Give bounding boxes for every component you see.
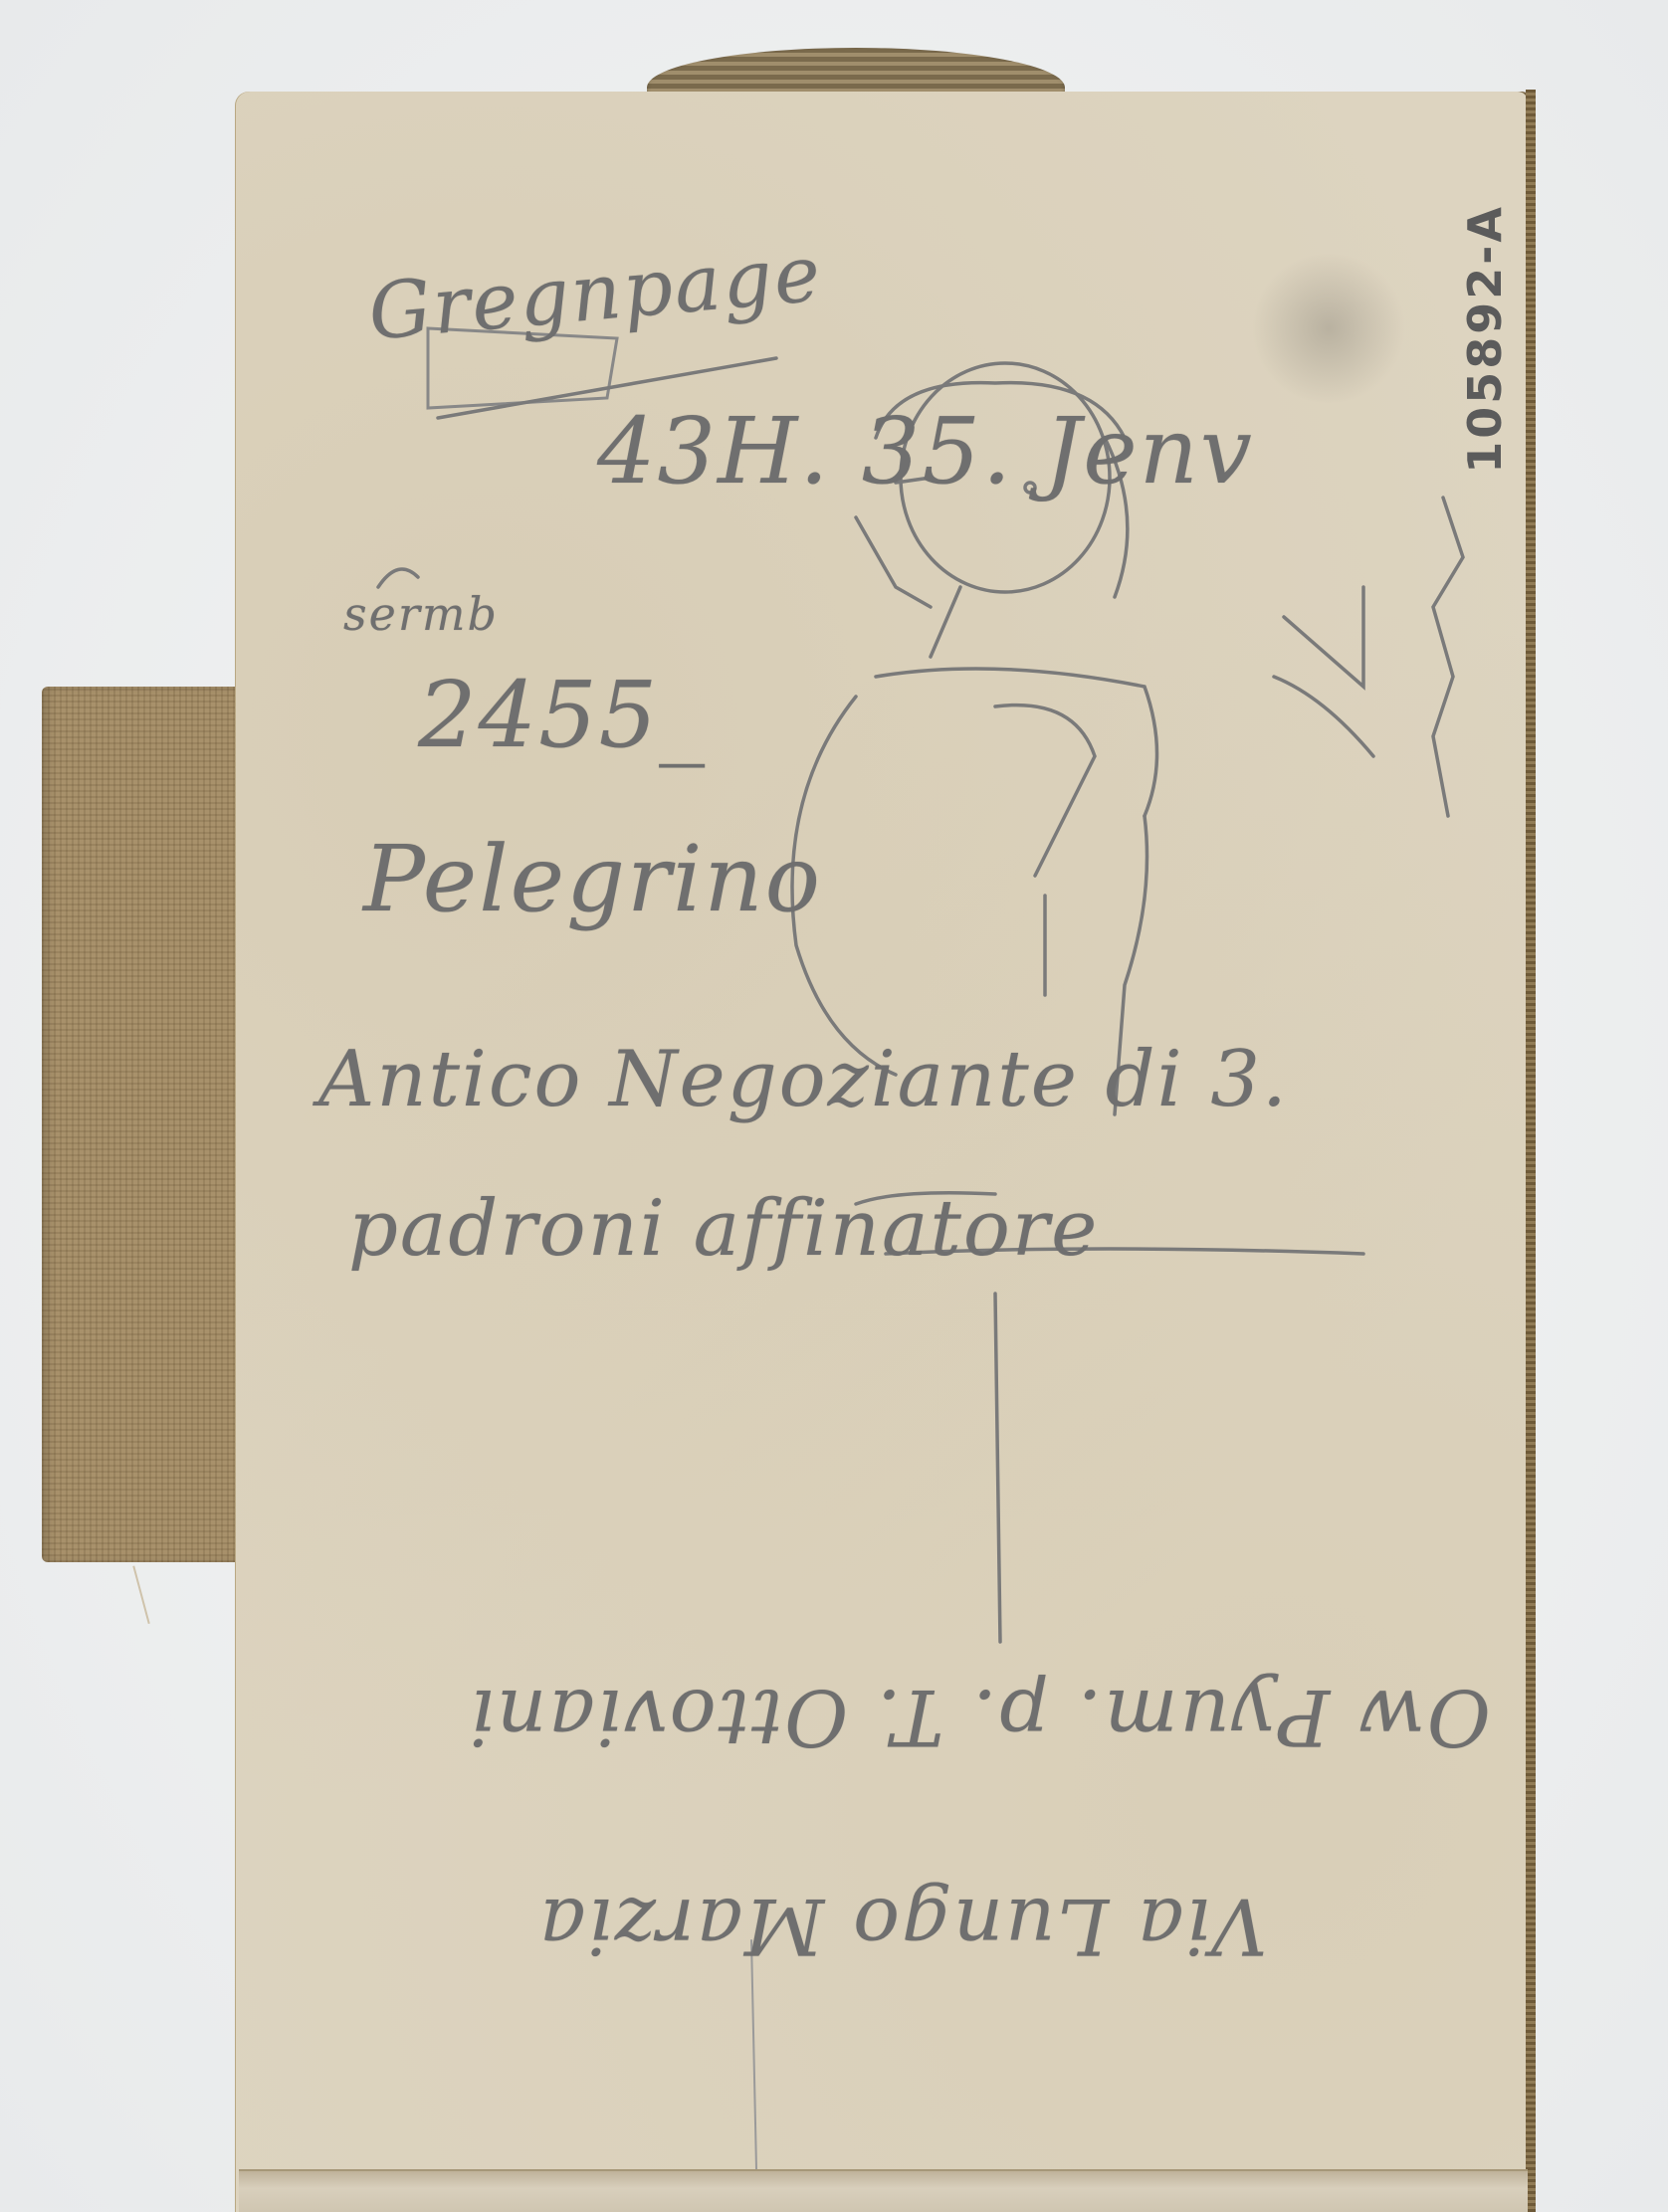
handwritten-line-3: sermb bbox=[343, 587, 499, 641]
bottom-page-fold bbox=[239, 2169, 1528, 2212]
handwritten-line-7: padroni affinatore bbox=[348, 1184, 1099, 1274]
handwritten-line-6: Antico Negoziante di 3. bbox=[318, 1035, 1289, 1124]
handwritten-line-5: Pelegrino bbox=[363, 826, 822, 932]
catalog-number: 105892-A bbox=[1458, 204, 1512, 474]
handwritten-line-2: 43H. 35. Jenv bbox=[597, 398, 1254, 504]
upside-down-line-2: Via Lungo Marzia bbox=[537, 1881, 1267, 1970]
handwritten-line-4: 2455_ bbox=[418, 662, 707, 768]
upside-down-line-1: Ow Pyum. p. T. Ottoviani bbox=[468, 1672, 1491, 1761]
